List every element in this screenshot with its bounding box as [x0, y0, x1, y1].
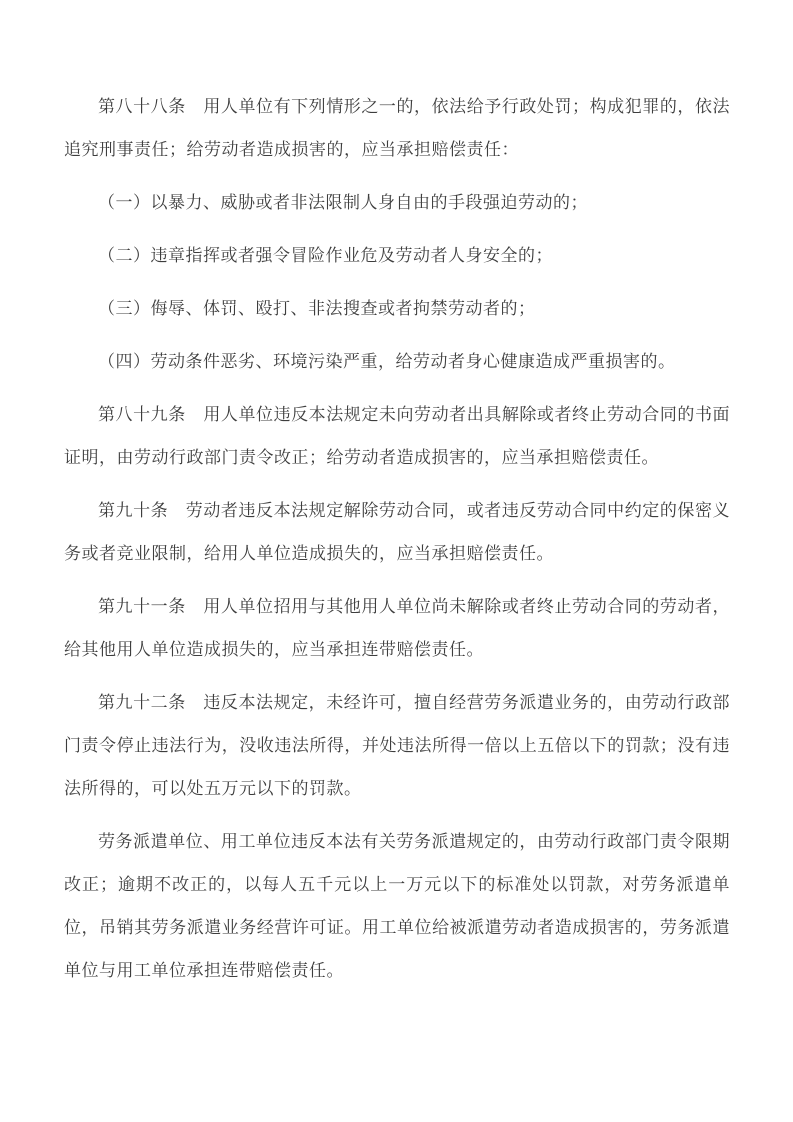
- law-paragraph: 劳务派遣单位、用工单位违反本法有关劳务派遣规定的，由劳动行政部门责令限期改正；逾…: [64, 820, 730, 992]
- law-paragraph: （四）劳动条件恶劣、环境污染严重，给劳动者身心健康造成严重损害的。: [64, 340, 730, 383]
- law-paragraph: 第九十条 劳动者违反本法规定解除劳动合同，或者违反劳动合同中约定的保密义务或者竞…: [64, 489, 730, 575]
- law-paragraph: 第八十九条 用人单位违反本法规定未向劳动者出具解除或者终止劳动合同的书面证明，由…: [64, 393, 730, 479]
- law-paragraph: （二）违章指挥或者强令冒险作业危及劳动者人身安全的；: [64, 234, 730, 277]
- document-body: 第八十八条 用人单位有下列情形之一的，依法给予行政处罚；构成犯罪的，依法追究刑事…: [64, 85, 730, 992]
- law-paragraph: 第八十八条 用人单位有下列情形之一的，依法给予行政处罚；构成犯罪的，依法追究刑事…: [64, 85, 730, 171]
- law-paragraph: （三）侮辱、体罚、殴打、非法搜查或者拘禁劳动者的；: [64, 287, 730, 330]
- document-page: 第八十八条 用人单位有下列情形之一的，依法给予行政处罚；构成犯罪的，依法追究刑事…: [0, 0, 793, 1122]
- law-paragraph: 第九十一条 用人单位招用与其他用人单位尚未解除或者终止劳动合同的劳动者，给其他用…: [64, 585, 730, 671]
- law-paragraph: （一）以暴力、威胁或者非法限制人身自由的手段强迫劳动的；: [64, 181, 730, 224]
- law-paragraph: 第九十二条 违反本法规定，未经许可，擅自经营劳务派遣业务的，由劳动行政部门责令停…: [64, 681, 730, 810]
